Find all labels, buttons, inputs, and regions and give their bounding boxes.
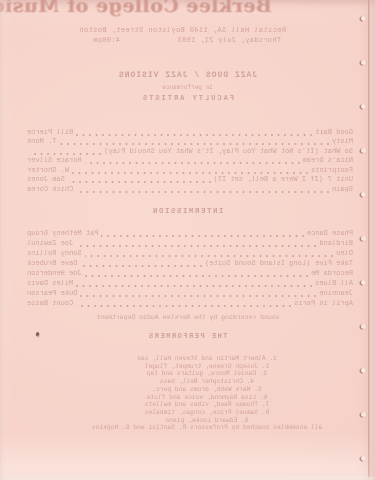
performer-line: 1. Albert Martin and Steven Hall, sax [58, 355, 356, 363]
credit-text: T. Monk [27, 138, 56, 146]
leader-dots [30, 153, 101, 155]
program-row: Take Five(Long Island Sound Suite)Dave B… [27, 260, 353, 269]
binding-hole [361, 456, 366, 461]
binding-hole [361, 192, 366, 197]
song-title: Nica's Dream [303, 157, 353, 165]
program-row: BirdlandJoe Zawinul [27, 240, 353, 249]
concert-subtitle: in performance [0, 84, 375, 91]
program-row: SpainChick Corea [27, 186, 353, 195]
program-row: OleoSonny Rollins [27, 250, 353, 259]
program-row: FootprintsW. Shorter [27, 167, 353, 176]
credit-text: Horace Silver [27, 157, 82, 165]
binding-hole [361, 104, 366, 109]
binding-hole [361, 236, 366, 241]
binding-hole [361, 16, 366, 21]
leader-dots [72, 172, 308, 174]
leader-dots [80, 265, 202, 267]
performer-line: 9. Edward Locke, piano [58, 417, 356, 425]
song-title: Phase Dance [307, 230, 353, 238]
program-row: Recorda MeJoe Henderson [27, 270, 353, 279]
performer-line: 8. Samuel Price, congas, timbales [58, 409, 356, 417]
song-subtitle: (Long Island Sound Suite) [205, 260, 310, 268]
leader-dots [85, 162, 300, 164]
credit-text: Count Basie [27, 300, 73, 308]
time-text: 4:00pm [93, 37, 120, 45]
leader-dots [76, 134, 312, 136]
program-row: All BluesMiles Davis [27, 280, 353, 289]
performer-line: 2. Joseph Greene, trumpet, flugel [58, 363, 356, 371]
song-title: Spain [332, 186, 353, 194]
binding-hole [361, 280, 366, 285]
program-row: So What(It's Not What You Play, It's Wha… [27, 148, 353, 157]
leader-dots [59, 143, 329, 145]
song-title: So What [324, 148, 353, 156]
song-title: Birdland [319, 240, 353, 248]
song-title: Unit 7 [328, 176, 353, 184]
song-title: Jeannine [319, 290, 353, 298]
credit-text: Bill Pierce [27, 129, 73, 137]
credits-line: sound recording by the Berklee Audio Dep… [88, 314, 288, 321]
date-text: Thursday, July 21, 1983 [177, 37, 281, 45]
song-subtitle: (If I Were a Bell, set II) [214, 176, 323, 184]
leader-dots [76, 285, 312, 287]
leader-dots [80, 295, 316, 297]
credit-text: Miles Davis [27, 280, 73, 288]
program-row: MistyT. Monk [27, 138, 353, 147]
paper-edge-crease [368, 0, 375, 480]
leader-dots [101, 235, 303, 237]
performer-line: 7. Thomas Reed, vibes and mallets [58, 401, 356, 409]
leader-dots [85, 255, 334, 257]
song-title: Take Five [315, 260, 353, 268]
song-title: Recorda Me [311, 270, 353, 278]
scanned-program-page: Berklee College of Music Recital Hall 1A… [0, 0, 375, 480]
program-row: April in ParisCount Basie [27, 300, 353, 309]
song-title: Footprints [311, 167, 353, 175]
date-time-line: Thursday, July 21, 1983 4:00pm [93, 37, 281, 45]
credit-text: Joe Zawinul [27, 240, 73, 248]
credit-text: Sonny Rollins [27, 250, 82, 258]
leader-dots [85, 275, 308, 277]
performers-list: 1. Albert Martin and Steven Hall, sax2. … [58, 355, 356, 432]
credit-text: Dave Brubeck [27, 260, 77, 268]
song-title: All Blues [315, 280, 353, 288]
intermission-heading: INTERMISSION [0, 208, 375, 216]
performer-line: 3. Daniel Moore, guitars and tap [58, 370, 356, 378]
credit-text: Joe Henderson [27, 270, 82, 278]
binding-hole [361, 148, 366, 153]
song-title: April in Paris [294, 300, 353, 308]
performers-heading: THE PERFORMERS [0, 333, 375, 341]
binding-hole [361, 368, 366, 373]
program-row: Nica's DreamHorace Silver [27, 157, 353, 166]
credit-text: Sam Jones [27, 176, 65, 184]
song-title: Good Bait [315, 129, 353, 137]
binding-hole [361, 324, 366, 329]
song-title: Oleo [336, 250, 353, 258]
leader-dots [76, 305, 291, 307]
credit-text: Duke Pearson [27, 290, 77, 298]
binding-hole [361, 60, 366, 65]
leader-dots [76, 191, 329, 193]
program-row: Phase DancePat Metheny Group [27, 230, 353, 239]
concert-title: JAZZ DUOS / JAZZ VISIONS [0, 71, 375, 80]
performer-line: 4. Christopher Bell, bass [58, 378, 356, 386]
song-subtitle: (It's Not What You Play, It's What You S… [104, 148, 318, 156]
leader-dots [68, 181, 211, 183]
leader-dots [76, 245, 316, 247]
masthead-bleed-title: Berklee College of Music [10, 0, 272, 17]
credit-text: Chick Corea [27, 186, 73, 194]
performer-line: all ensembles coached by Professors R. S… [58, 424, 356, 432]
performer-line: 5. Mark Webb, drums and perc. [58, 386, 356, 394]
credit-text: W. Shorter [27, 167, 69, 175]
program-row: Unit 7(If I Were a Bell, set II)Sam Jone… [27, 176, 353, 185]
concert-presenter: FACULTY ARTISTS [0, 95, 375, 103]
binding-hole [361, 412, 366, 417]
song-title: Misty [332, 138, 353, 146]
program-row: Good BaitBill Pierce [27, 129, 353, 138]
performer-line: 6. Lisa Raymond, voice and flute [58, 394, 356, 402]
venue-line: Recital Hall 1A, 1140 Boylston Street, B… [70, 27, 295, 35]
program-row: JeannineDuke Pearson [27, 290, 353, 299]
credit-text: Pat Metheny Group [27, 230, 98, 238]
